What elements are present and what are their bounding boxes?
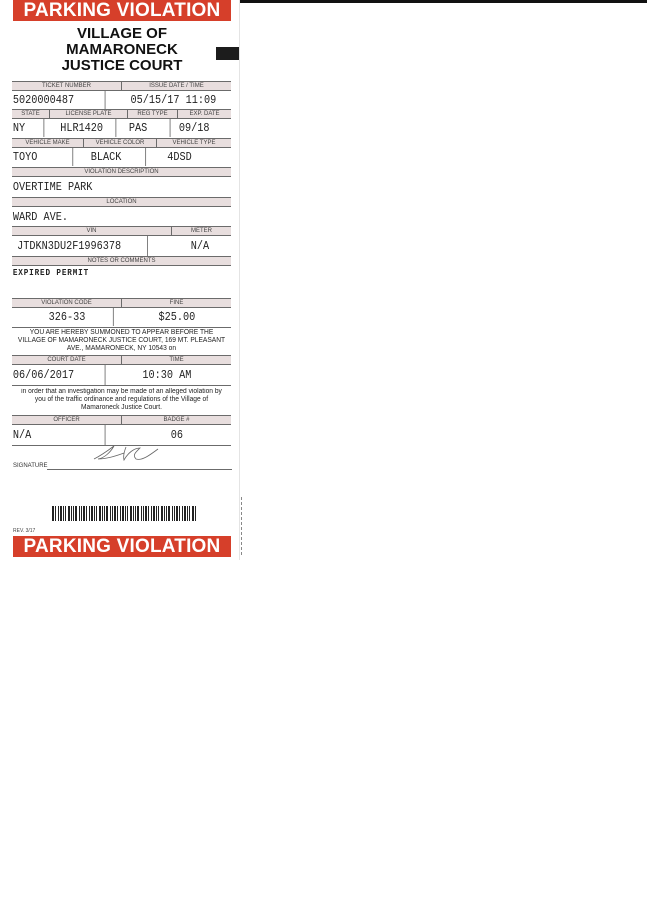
signature-label: SIGNATURE [13,463,48,469]
label-vehicle-make: VEHICLE MAKE [12,139,84,147]
label-ticket-number: TICKET NUMBER [12,82,122,90]
value-fine: $25.00 [130,308,223,326]
value-vehicle-make: TOYO [12,148,73,166]
divider [12,385,231,386]
label-vehicle-type: VEHICLE TYPE [157,139,231,147]
banner-bottom: PARKING VIOLATION [13,536,231,557]
value-vehicle-type: 4DSD [157,148,220,166]
parking-ticket: PARKING VIOLATION VILLAGE OF MAMARONECK … [0,0,240,560]
label-issue-datetime: ISSUE DATE / TIME [122,82,231,90]
signature-line [47,469,232,470]
court-line-3: JUSTICE COURT [13,58,231,74]
perforation-line [241,497,243,555]
label-badge: BADGE # [122,416,231,424]
label-location: LOCATION [12,198,231,206]
value-ticket-number: 5020000487 [12,91,106,109]
value-vin: JTDKN3DU2F1996378 [12,236,148,256]
label-fine: FINE [122,299,231,307]
value-badge: 06 [130,425,223,445]
banner-top: PARKING VIOLATION [13,0,231,21]
value-license-plate: HLR1420 [50,119,116,137]
value-issue-datetime: 05/15/17 11:09 [122,91,215,109]
label-violation-description: VIOLATION DESCRIPTION [12,168,231,176]
label-meter: METER [172,227,231,235]
value-meter: N/A [172,236,222,256]
label-reg-type: REG TYPE [128,110,178,118]
barcode [52,506,197,521]
black-tab-mark [216,47,240,60]
value-state: NY [12,119,44,137]
label-violation-code: VIOLATION CODE [12,299,122,307]
value-exp-date: 09/18 [178,119,223,137]
divider [12,327,231,328]
value-officer: N/A [12,425,106,445]
value-court-date: 06/06/2017 [12,365,106,385]
investigation-text: in order that an investigation may be ma… [17,388,225,412]
signature-scribble [88,443,163,463]
value-court-time: 10:30 AM [122,365,215,385]
court-line-1: VILLAGE OF [13,26,231,42]
value-notes: EXPIRED PERMIT [12,265,198,281]
court-name: VILLAGE OF MAMARONECK JUSTICE COURT [13,26,231,74]
value-violation-code: 326-33 [20,308,114,326]
label-state: STATE [12,110,50,118]
label-court-date: COURT DATE [12,356,122,364]
label-officer: OFFICER [12,416,122,424]
label-vin: VIN [12,227,172,235]
label-vehicle-color: VEHICLE COLOR [84,139,157,147]
value-violation-description: OVERTIME PARK [12,177,198,197]
revision-label: REV. 3/17 [13,528,35,534]
ticket-edge [239,0,240,560]
scan-top-edge [238,0,647,3]
label-license-plate: LICENSE PLATE [50,110,128,118]
value-location: WARD AVE. [12,207,198,227]
summons-text: YOU ARE HEREBY SUMMONED TO APPEAR BEFORE… [17,329,225,353]
label-exp-date: EXP. DATE [178,110,231,118]
value-vehicle-color: BLACK [84,148,146,166]
court-line-2: MAMARONECK [13,42,231,58]
label-time: TIME [122,356,231,364]
value-reg-type: PAS [128,119,171,137]
label-notes: NOTES OR COMMENTS [12,257,231,265]
